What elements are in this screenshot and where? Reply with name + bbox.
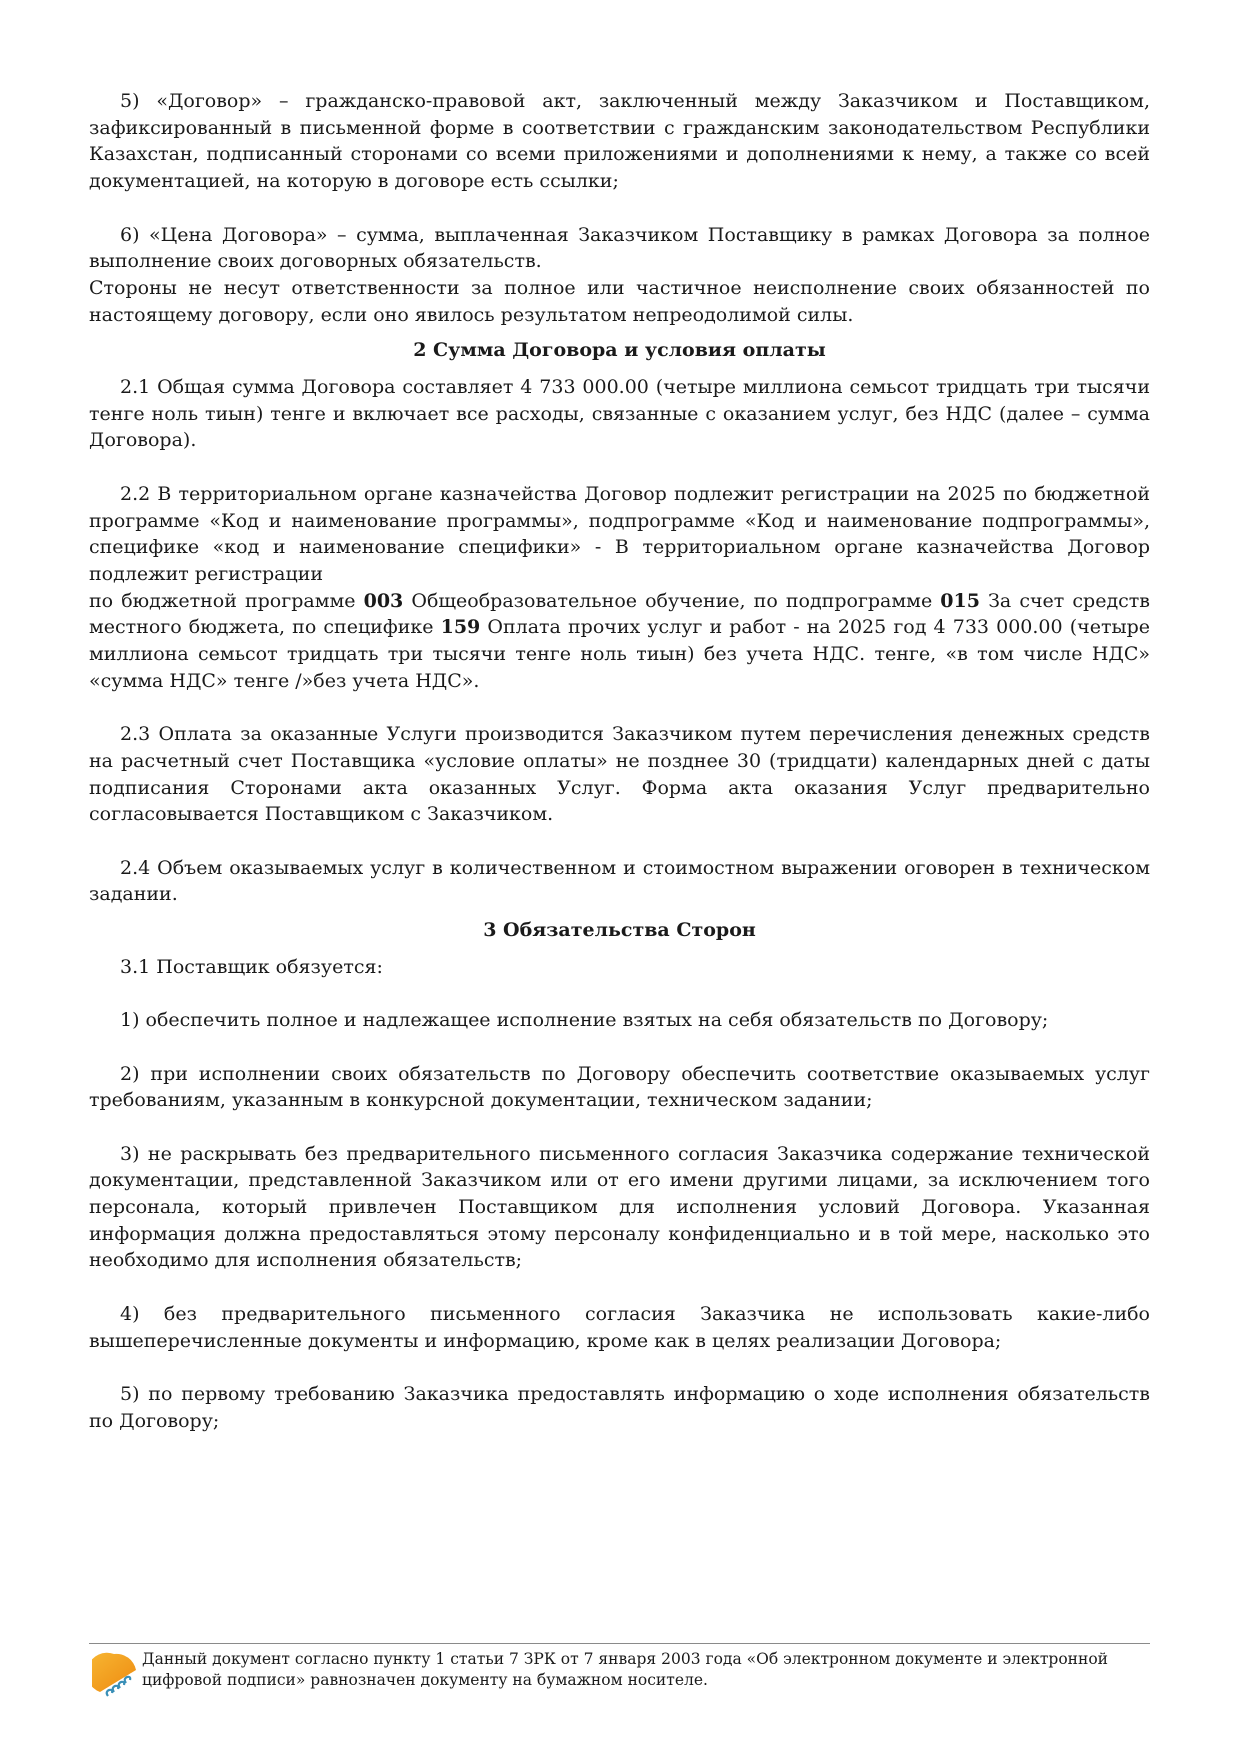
clause-2-2-text-2: Общеобразовательное обучение, по подпрог… — [403, 590, 940, 612]
obligation-item-3: 3) не раскрывать без предварительного пи… — [89, 1141, 1150, 1275]
legal-notice: Данный документ согласно пункту 1 статьи… — [142, 1649, 1150, 1691]
definition-contract-price: 6) «Цена Договора» – сумма, выплаченная … — [89, 222, 1150, 275]
subprogram-code: 015 — [940, 590, 980, 612]
section-2-heading: 2 Сумма Договора и условия оплаты — [89, 337, 1150, 364]
definition-contract: 5) «Договор» – гражданско-правовой акт, … — [89, 88, 1150, 195]
egov-sun-logo-icon — [92, 1650, 140, 1698]
clause-2-1: 2.1 Общая сумма Договора составляет 4 73… — [89, 374, 1150, 454]
specific-code: 159 — [441, 616, 481, 638]
document-page: 5) «Договор» – гражданско-правовой акт, … — [89, 88, 1150, 1434]
obligation-item-4: 4) без предварительного письменного согл… — [89, 1301, 1150, 1354]
footer: Данный документ согласно пункту 1 статьи… — [89, 1643, 1150, 1698]
obligation-item-1: 1) обеспечить полное и надлежащее исполн… — [89, 1007, 1150, 1034]
clause-2-2-text-1: по бюджетной программе — [89, 590, 364, 612]
obligation-item-2: 2) при исполнении своих обязательств по … — [89, 1061, 1150, 1114]
obligation-item-5: 5) по первому требованию Заказчика предо… — [89, 1381, 1150, 1434]
clause-2-4: 2.4 Объем оказываемых услуг в количестве… — [89, 855, 1150, 908]
clause-3-1: 3.1 Поставщик обязуется: — [89, 954, 1150, 981]
section-3-heading: 3 Обязательства Сторон — [89, 917, 1150, 944]
clause-2-3: 2.3 Оплата за оказанные Услуги производи… — [89, 721, 1150, 828]
clause-2-2-intro: 2.2 В территориальном органе казначейств… — [89, 481, 1150, 588]
force-majeure-clause: Стороны не несут ответственности за полн… — [89, 275, 1150, 328]
program-code: 003 — [364, 590, 404, 612]
clause-2-2-budget: по бюджетной программе 003 Общеобразоват… — [89, 588, 1150, 695]
